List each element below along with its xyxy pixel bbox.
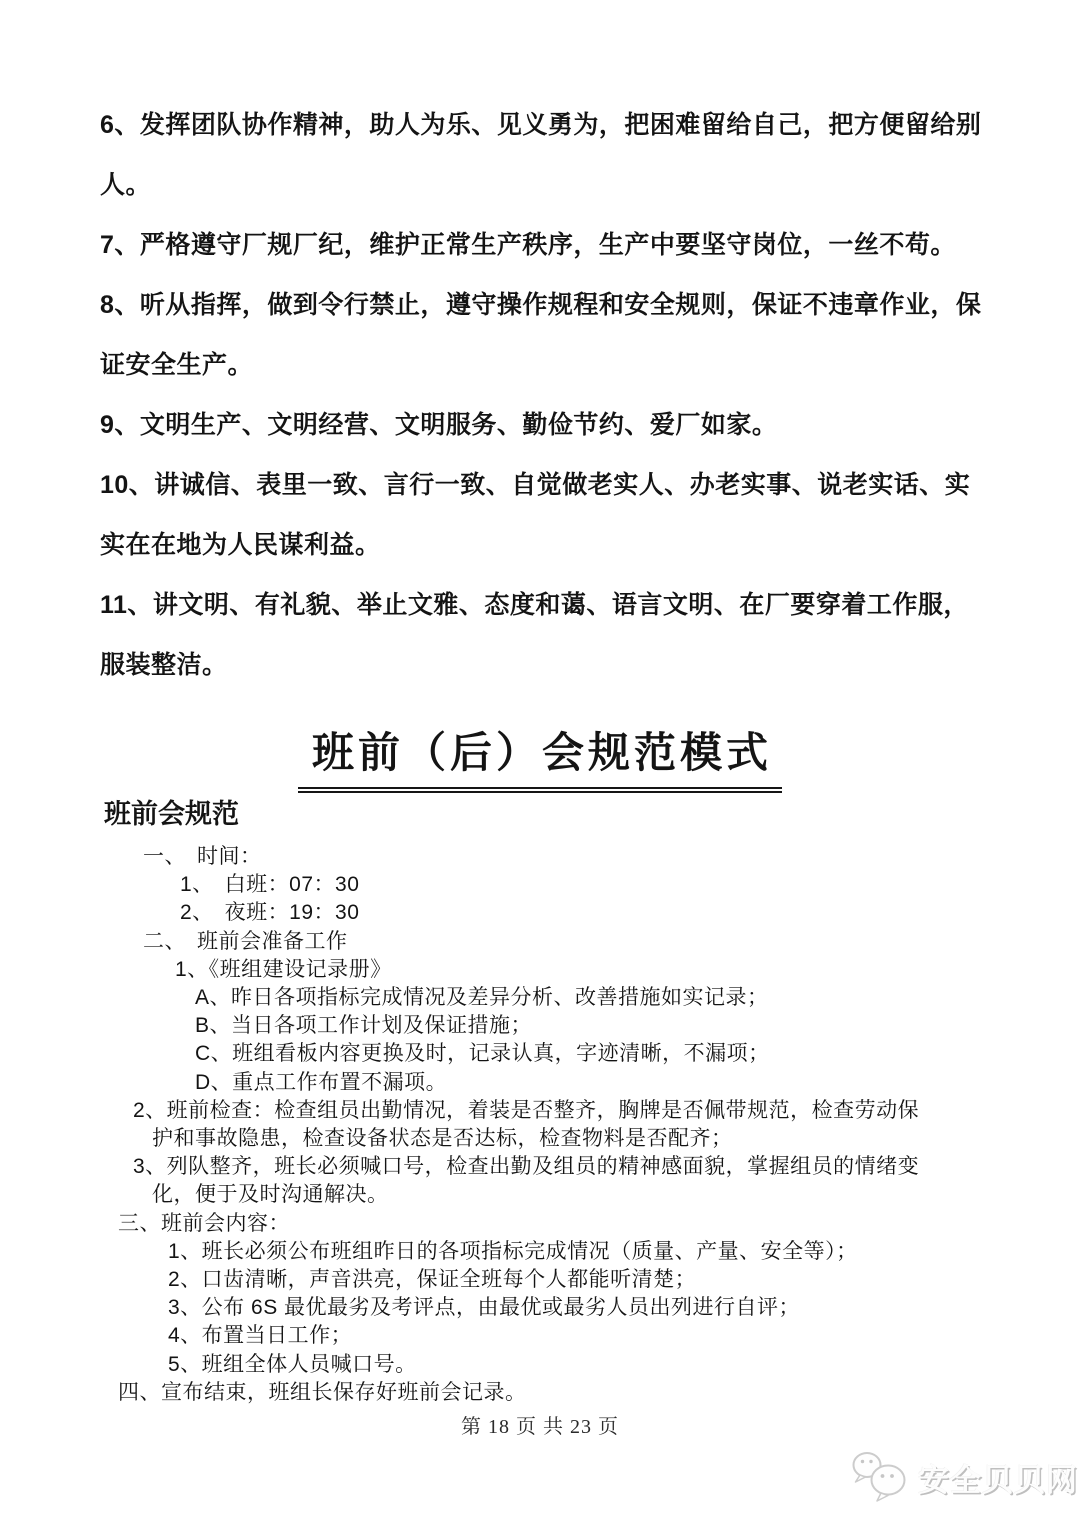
outline-line: 4、布置当日工作； xyxy=(0,1322,1010,1350)
watermark-site-name: 安全贝贝网 xyxy=(918,1455,1078,1500)
section-heading: 班前会规范 xyxy=(104,792,239,831)
outline-line: 1、班长必须公布班组昨日的各项指标完成情况（质量、产量、安全等）； xyxy=(0,1238,1010,1266)
outline-line: 2、口齿清晰，声音洪亮，保证全班每个人都能听清楚； xyxy=(0,1266,1010,1294)
outline-line: 5、班组全体人员喊口号。 xyxy=(0,1351,1010,1379)
rule-text-line: 服装整洁。 xyxy=(100,635,1005,695)
rule-text-line: 7、严格遵守厂规厂纪，维护正常生产秩序，生产中要坚守岗位，一丝不苟。 xyxy=(100,215,1005,275)
rule-text-line: 人。 xyxy=(100,155,1005,215)
outline-line: 一、 时间： xyxy=(0,843,1010,871)
outline-line: 3、公布 6S 最优最劣及考评点，由最优或最劣人员出列进行自评； xyxy=(0,1294,1010,1322)
outline-line: 护和事故隐患，检查设备状态是否达标，检查物料是否配齐； xyxy=(0,1125,1010,1153)
factory-rules-block: 6、发挥团队协作精神，助人为乐、见义勇为，把困难留给自己，把方便留给别人。7、严… xyxy=(100,95,1005,695)
outline-line: A、昨日各项指标完成情况及差异分析、改善措施如实记录； xyxy=(0,984,1010,1012)
title-row: 班前（后）会规范模式 xyxy=(0,720,1080,793)
outline-line: 1、 白班：07：30 xyxy=(0,871,1010,899)
watermark: 安全贝贝网 xyxy=(850,1450,1078,1504)
page-number: 第 18 页 共 23 页 xyxy=(0,1410,1080,1439)
outline-line: D、重点工作布置不漏项。 xyxy=(0,1069,1010,1097)
chat-bubbles-icon xyxy=(850,1450,912,1504)
outline-line: 化，便于及时沟通解决。 xyxy=(0,1181,1010,1209)
page-title: 班前（后）会规范模式 xyxy=(298,720,782,793)
meeting-rules-outline: 一、 时间：1、 白班：07：302、 夜班：19：30二、 班前会准备工作1、… xyxy=(0,843,1010,1407)
document-page: 6、发挥团队协作精神，助人为乐、见义勇为，把困难留给自己，把方便留给别人。7、严… xyxy=(0,0,1080,1527)
rule-text-line: 10、讲诚信、表里一致、言行一致、自觉做老实人、办老实事、说老实话、实 xyxy=(100,455,1005,515)
rule-text-line: 6、发挥团队协作精神，助人为乐、见义勇为，把困难留给自己，把方便留给别 xyxy=(100,95,1005,155)
outline-line: 2、班前检查：检查组员出勤情况，着装是否整齐，胸牌是否佩带规范，检查劳动保 xyxy=(0,1097,1010,1125)
rule-text-line: 11、讲文明、有礼貌、举止文雅、态度和蔼、语言文明、在厂要穿着工作服， xyxy=(100,575,1005,635)
outline-line: 二、 班前会准备工作 xyxy=(0,928,1010,956)
rule-text-line: 9、文明生产、文明经营、文明服务、勤俭节约、爱厂如家。 xyxy=(100,395,1005,455)
outline-line: C、班组看板内容更换及时，记录认真，字迹清晰，不漏项； xyxy=(0,1040,1010,1068)
outline-line: 1、《班组建设记录册》 xyxy=(0,956,1010,984)
outline-line: 三、班前会内容： xyxy=(0,1210,1010,1238)
outline-line: 2、 夜班：19：30 xyxy=(0,899,1010,927)
rule-text-line: 证安全生产。 xyxy=(100,335,1005,395)
rule-text-line: 实在在地为人民谋利益。 xyxy=(100,515,1005,575)
outline-line: 3、列队整齐，班长必须喊口号，检查出勤及组员的精神感面貌，掌握组员的情绪变 xyxy=(0,1153,1010,1181)
outline-line: B、当日各项工作计划及保证措施； xyxy=(0,1012,1010,1040)
outline-line: 四、宣布结束，班组长保存好班前会记录。 xyxy=(0,1379,1010,1407)
rule-text-line: 8、听从指挥，做到令行禁止，遵守操作规程和安全规则，保证不违章作业，保 xyxy=(100,275,1005,335)
